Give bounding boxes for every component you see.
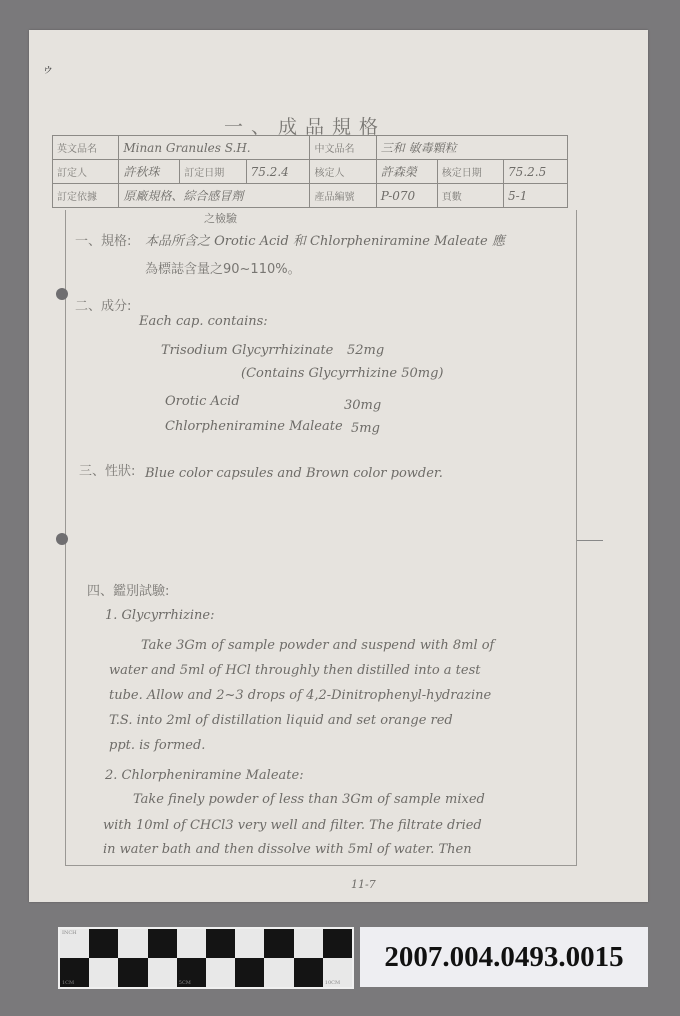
section-1-heading: 一、規格:	[75, 230, 131, 249]
document-page: ゥ 一、成品規格 英文品名 Minan Granules S.H. 中文品名 三…	[29, 30, 648, 902]
ruler-cell	[206, 929, 235, 958]
test-1-line: T.S. into 2ml of distillation liquid and…	[109, 713, 453, 728]
section-2-heading: 二、成分:	[75, 295, 131, 314]
label-page-count: 頁數	[437, 184, 503, 208]
test-1-line: Take 3Gm of sample powder and suspend wi…	[141, 638, 494, 653]
test-1-line: water and 5ml of HCl throughly then dist…	[109, 663, 481, 678]
corner-mark: ゥ	[41, 60, 53, 77]
test-1-line: tube. Allow and 2~3 drops of 4,2-Dinitro…	[109, 688, 491, 703]
label-approver: 核定人	[310, 160, 376, 184]
punch-hole	[56, 288, 68, 300]
section-4-heading: 四、鑑別試驗:	[87, 580, 169, 599]
value-english-name: Minan Granules S.H.	[119, 136, 310, 160]
test-2-line: in water bath and then dissolve with 5ml…	[103, 842, 472, 857]
accession-number-label: 2007.004.0493.0015	[360, 927, 648, 987]
test-1-line: ppt. is formed.	[109, 738, 205, 753]
ruler-cell	[148, 929, 177, 958]
ruler-cell	[264, 958, 293, 987]
value-chinese-name: 三和 敏毒顆粒	[376, 136, 567, 160]
ruler-cell: INCH	[60, 929, 89, 958]
ruler-label: 10CM	[325, 980, 340, 986]
ruler-cell	[294, 929, 323, 958]
section-3-text: Blue color capsules and Brown color powd…	[145, 466, 443, 481]
label-chinese-name: 中文品名	[310, 136, 376, 160]
ruler-cell	[148, 958, 177, 987]
ruler-cell	[323, 929, 352, 958]
value-approve-date: 75.2.5	[504, 160, 568, 184]
margin-tick	[577, 540, 603, 541]
ruler-cell	[89, 958, 118, 987]
ingredient-amount: 52mg	[347, 343, 384, 358]
section-3-heading: 三、性狀:	[79, 460, 135, 479]
ingredient-amount: 30mg	[344, 398, 381, 413]
header-table: 英文品名 Minan Granules S.H. 中文品名 三和 敏毒顆粒 訂定…	[52, 135, 568, 208]
table-row: 訂定人 許秋珠 訂定日期 75.2.4 核定人 許森榮 核定日期 75.2.5	[53, 160, 568, 184]
punch-hole	[56, 533, 68, 545]
section-1-line-2: 為標誌含量之90~110%。	[145, 258, 301, 277]
value-author-date: 75.2.4	[246, 160, 310, 184]
label-product-number: 產品編號	[310, 184, 376, 208]
test-2-title: 2. Chlorpheniramine Maleate:	[105, 768, 304, 783]
label-approve-date: 核定日期	[437, 160, 503, 184]
label-basis: 訂定依據	[53, 184, 119, 208]
value-approver: 許森榮	[376, 160, 437, 184]
ruler-label: INCH	[62, 930, 77, 936]
value-basis: 原廠規格、綜合感冒劑	[119, 184, 310, 208]
ingredient-name: Trisodium Glycyrrhizinate	[161, 343, 333, 358]
ingredient-amount: 5mg	[351, 421, 380, 436]
ruler-cell	[235, 929, 264, 958]
ruler-cell	[264, 929, 293, 958]
value-product-number: P-070	[376, 184, 437, 208]
ruler-label: 5CM	[179, 980, 191, 986]
ruler-cell	[294, 958, 323, 987]
ruler-cell	[235, 958, 264, 987]
ruler-cell: 10CM	[323, 958, 352, 987]
ingredient-note: (Contains Glycyrrhizine 50mg)	[241, 366, 443, 381]
test-2-line: with 10ml of CHCl3 very well and filter.…	[103, 818, 482, 833]
label-author-date: 訂定日期	[180, 160, 246, 184]
ingredient-name: Orotic Acid	[165, 394, 240, 409]
page-number: 11-7	[351, 878, 376, 891]
test-1-title: 1. Glycyrrhizine:	[105, 608, 214, 623]
ruler-label: 1CM	[62, 980, 74, 986]
value-page-count: 5-1	[504, 184, 568, 208]
ruler-cell: 1CM	[60, 958, 89, 987]
ruler-cell: 5CM	[177, 958, 206, 987]
test-2-line: Take finely powder of less than 3Gm of s…	[133, 792, 485, 807]
ruler-cell	[89, 929, 118, 958]
value-author: 許秋珠	[119, 160, 180, 184]
spec-insert-note: 之檢驗	[204, 210, 237, 226]
ruler-cell	[118, 958, 147, 987]
label-author: 訂定人	[53, 160, 119, 184]
scale-ruler: INCH 1CM 5CM 10CM	[58, 927, 354, 989]
section-2-intro: Each cap. contains:	[139, 314, 268, 329]
ruler-cell	[177, 929, 206, 958]
ruler-cell	[206, 958, 235, 987]
label-english-name: 英文品名	[53, 136, 119, 160]
ruler-cell	[118, 929, 147, 958]
table-row: 訂定依據 原廠規格、綜合感冒劑 產品編號 P-070 頁數 5-1	[53, 184, 568, 208]
ingredient-name: Chlorpheniramine Maleate	[165, 419, 343, 434]
table-row: 英文品名 Minan Granules S.H. 中文品名 三和 敏毒顆粒	[53, 136, 568, 160]
section-1-line-1: 本品所含之 Orotic Acid 和 Chlorpheniramine Mal…	[145, 230, 505, 249]
